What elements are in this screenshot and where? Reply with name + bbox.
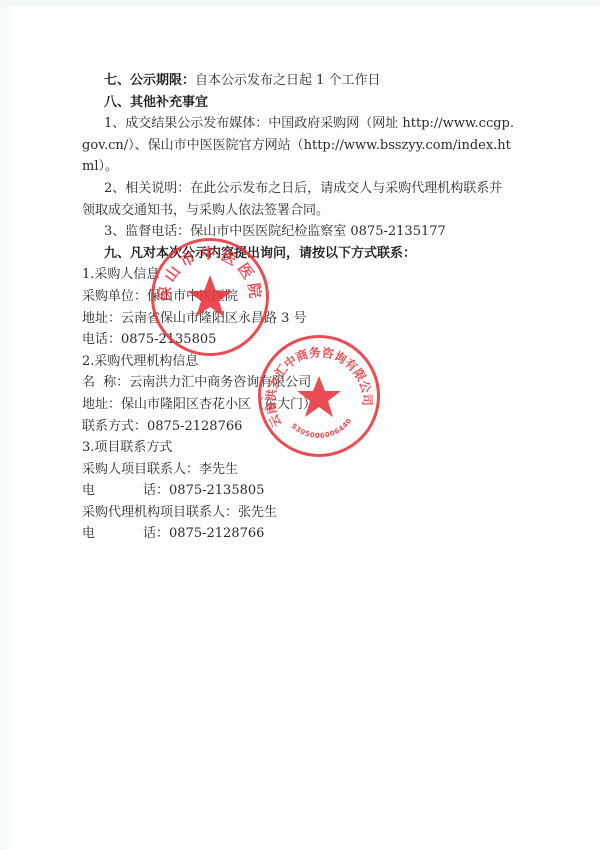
agency-address: 地址：保山市隆阳区杏花小区（东大门） bbox=[82, 394, 514, 416]
purchaser-project-phone-value: 0875-2135805 bbox=[169, 483, 264, 498]
agency-address-label: 地址： bbox=[82, 397, 121, 412]
purchaser-phone-label: 电话： bbox=[82, 332, 121, 347]
purchaser-phone: 电话：0875-2135805 bbox=[82, 329, 514, 351]
purchaser-project-contact: 采购人项目联系人：李先生 bbox=[82, 459, 514, 481]
project-contact-title: 3.项目联系方式 bbox=[82, 437, 514, 459]
section-8-heading: 八、其他补充事宜 bbox=[82, 92, 514, 114]
section-8-item-2-line-1: 2、相关说明：在此公示发布之日后，请成交人与采购代理机构联系并 bbox=[82, 178, 514, 200]
section-8-item-1-line-2: gov.cn/）、保山市中医医院官方网站（http://www.bsszyy.c… bbox=[82, 135, 514, 157]
section-7-heading: 七、公示期限： bbox=[104, 73, 195, 88]
section-8-item-1-line-3: ml）。 bbox=[82, 156, 514, 178]
agency-project-contact: 采购代理机构项目联系人：张先生 bbox=[82, 502, 514, 524]
agency-contact-label: 联系方式： bbox=[82, 419, 147, 434]
section-8-item-3: 3、监督电话：保山市中医医院纪检监察室 0875-2135177 bbox=[82, 221, 514, 243]
agency-project-contact-value: 张先生 bbox=[238, 505, 277, 520]
agency-project-phone-value: 0875-2128766 bbox=[169, 526, 264, 541]
purchaser-unit-label: 采购单位： bbox=[82, 289, 147, 304]
agency-contact: 联系方式：0875-2128766 bbox=[82, 416, 514, 438]
phone-label-char-2: 话： bbox=[143, 483, 169, 498]
purchaser-phone-value: 0875-2135805 bbox=[121, 332, 216, 347]
scan-edge-top bbox=[0, 0, 600, 6]
phone-label-char-2: 话： bbox=[143, 526, 169, 541]
document-body: 七、公示期限：自本公示发布之日起 1 个工作日 八、其他补充事宜 1、成交结果公… bbox=[82, 70, 514, 545]
purchaser-project-contact-label: 采购人项目联系人： bbox=[82, 462, 199, 477]
agency-name-value: 云南洪力汇中商务咨询有限公司 bbox=[129, 375, 311, 390]
agency-name-label: 名 称： bbox=[82, 375, 129, 390]
purchaser-project-contact-value: 李先生 bbox=[199, 462, 238, 477]
section-8-item-2-line-2: 领取成交通知书，与采购人依法签署合同。 bbox=[82, 200, 514, 222]
purchaser-address-label: 地址： bbox=[82, 311, 121, 326]
agency-name: 名 称：云南洪力汇中商务咨询有限公司 bbox=[82, 372, 514, 394]
phone-label-char-1: 电 bbox=[82, 483, 95, 498]
section-7-text: 自本公示发布之日起 1 个工作日 bbox=[195, 73, 381, 88]
purchaser-project-phone: 电话：0875-2135805 bbox=[82, 480, 514, 502]
purchaser-address: 地址：云南省保山市隆阳区永昌路 3 号 bbox=[82, 308, 514, 330]
scan-edge bbox=[0, 0, 14, 850]
agency-contact-value: 0875-2128766 bbox=[147, 419, 242, 434]
agency-info-title: 2.采购代理机构信息 bbox=[82, 351, 514, 373]
document-page: 七、公示期限：自本公示发布之日起 1 个工作日 八、其他补充事宜 1、成交结果公… bbox=[0, 0, 600, 850]
section-7: 七、公示期限：自本公示发布之日起 1 个工作日 bbox=[82, 70, 514, 92]
purchaser-unit: 采购单位：保山市中医医院 bbox=[82, 286, 514, 308]
section-8-item-1-line-1: 1、成交结果公示发布媒体：中国政府采购网（网址 http://www.ccgp. bbox=[82, 113, 514, 135]
section-9-heading: 九、凡对本次公示内容提出询问，请按以下方式联系： bbox=[82, 243, 514, 265]
purchaser-unit-value: 保山市中医医院 bbox=[147, 289, 238, 304]
phone-label-char-1: 电 bbox=[82, 526, 95, 541]
agency-project-contact-label: 采购代理机构项目联系人： bbox=[82, 505, 238, 520]
purchaser-address-value: 云南省保山市隆阳区永昌路 3 号 bbox=[121, 311, 307, 326]
agency-address-value: 保山市隆阳区杏花小区（东大门） bbox=[121, 397, 316, 412]
agency-project-phone: 电话：0875-2128766 bbox=[82, 523, 514, 545]
purchaser-info-title: 1.采购人信息 bbox=[82, 264, 514, 286]
